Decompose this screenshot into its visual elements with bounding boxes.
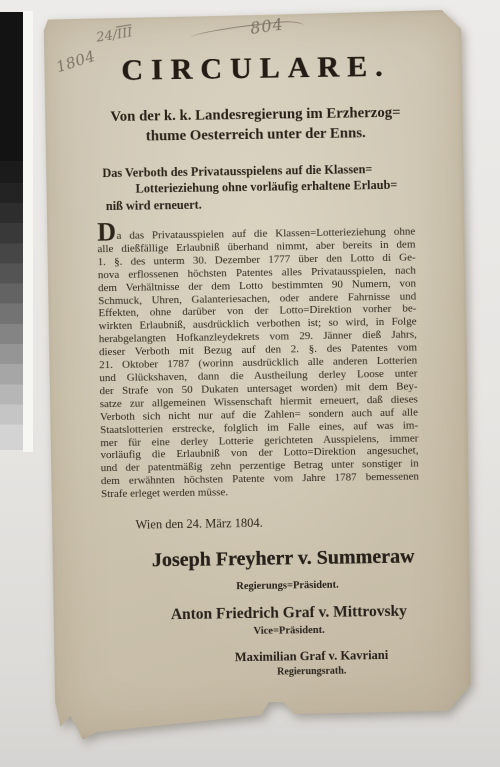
document-paper-wrapper: 804 24/III 1804 CIRCULARE. Von der k. k.…	[42, 10, 473, 740]
signature-name: Anton Friedrich Graf v. Mittrovsky	[79, 601, 499, 625]
issuing-authority: Von der k. k. Landesregierung im Erzherz…	[95, 103, 416, 147]
handwriting-flourish	[190, 19, 304, 41]
place-date-line: Wien den 24. März 1804.	[135, 516, 262, 533]
handwritten-date-note: 24/III	[95, 25, 133, 45]
document-paper: 804 24/III 1804 CIRCULARE. Von der k. k.…	[42, 10, 473, 740]
document-title: CIRCULARE.	[95, 49, 417, 88]
handwritten-year-note: 1804	[54, 47, 98, 76]
handwritten-date-roman: III	[116, 25, 134, 42]
signature-role: Vice=Präsident.	[79, 622, 499, 639]
handwritten-number-note: 804	[249, 14, 285, 37]
calibration-strip-border	[23, 11, 33, 452]
signature-role: Regierungs=Präsident.	[77, 577, 497, 594]
decree-body: Da das Privatausspielen auf die Klassen=…	[97, 225, 419, 501]
handwritten-date-prefix: 24/	[95, 28, 118, 46]
photo-background: 804 24/III 1804 CIRCULARE. Von der k. k.…	[0, 0, 500, 767]
signature-name: Joseph Freyherr v. Summeraw	[73, 544, 493, 573]
decree-heading-line: niß wird erneuert.	[103, 193, 419, 214]
decree-heading: Das Verboth des Privatausspielens auf di…	[102, 160, 419, 214]
grayscale-calibration-strip	[0, 12, 23, 450]
